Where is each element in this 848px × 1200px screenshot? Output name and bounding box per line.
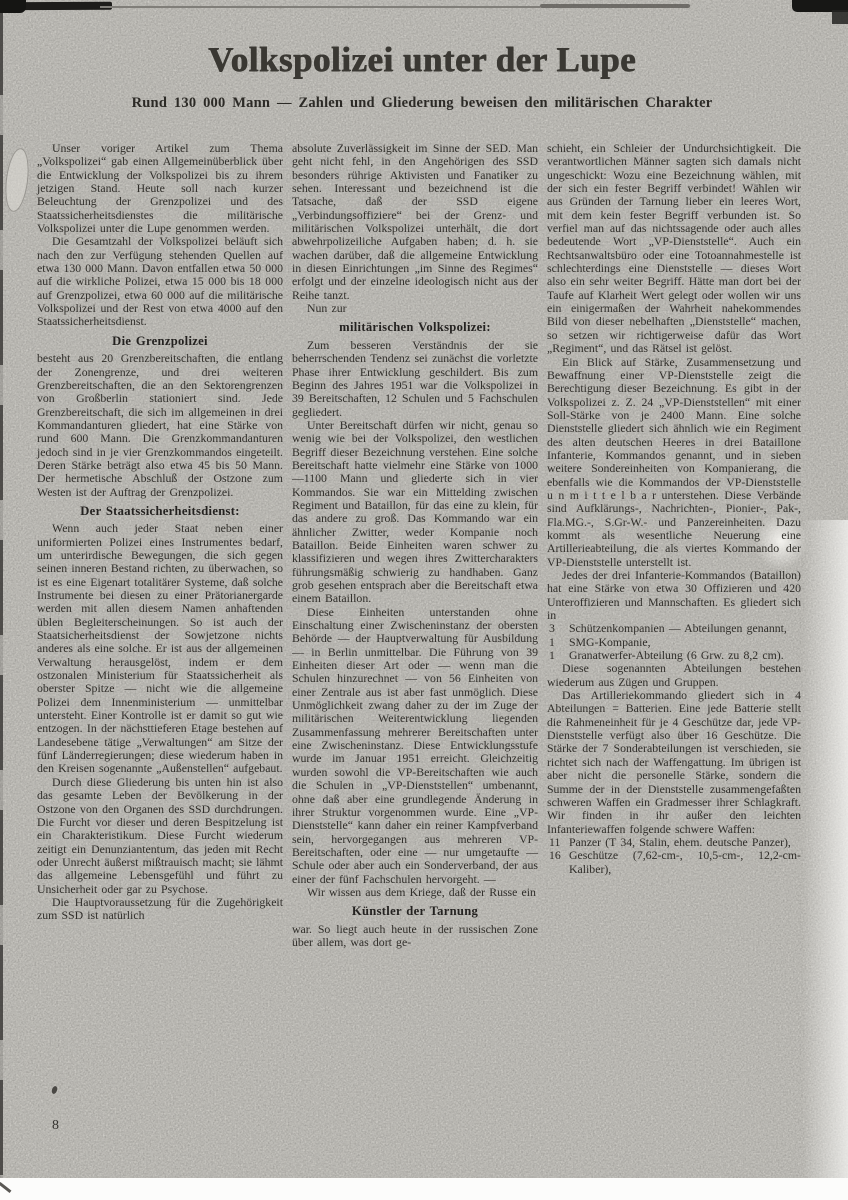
- section-heading: Die Grenzpolizei: [37, 335, 283, 348]
- paragraph: schieht, ein Schleier der Undurchsichtig…: [547, 142, 801, 356]
- list-item-number: 3: [549, 622, 555, 635]
- section-heading: Künstler der Tarnung: [292, 905, 538, 918]
- paragraph: besteht aus 20 Grenzbereitschaften, die …: [37, 352, 283, 499]
- list-item: 1SMG-Kompanie,: [547, 636, 801, 649]
- list-item-number: 16: [549, 849, 561, 862]
- page-number: 8: [52, 1118, 59, 1134]
- article-title: Volkspolizei unter der Lupe: [36, 40, 808, 80]
- list-item-number: 11: [549, 836, 560, 849]
- paragraph: Das Artilleriekommando gliedert sich in …: [547, 689, 801, 836]
- paragraph: absolute Zuverlässigkeit im Sinne der SE…: [292, 142, 538, 302]
- list-item-text: Granatwerfer-Abteilung (6 Grw. zu 8,2 cm…: [569, 648, 784, 662]
- section-heading: Der Staatssicherheitsdienst:: [37, 505, 283, 518]
- article-header: Volkspolizei unter der Lupe Rund 130 000…: [36, 40, 808, 112]
- list-item-text: Panzer (T 34, Stalin, ehem. deutsche Pan…: [569, 835, 791, 849]
- list-item-number: 1: [549, 649, 555, 662]
- scanned-paper: Volkspolizei unter der Lupe Rund 130 000…: [0, 0, 848, 1178]
- paragraph: Jedes der drei Infanterie-Kommandos (Bat…: [547, 569, 801, 622]
- scan-artifact-left-edge: [0, 0, 3, 1178]
- paragraph: Zum besseren Verständnis der sie beherrs…: [292, 339, 538, 419]
- paragraph: Durch diese Gliederung bis unten hin ist…: [37, 776, 283, 896]
- paragraph: Diese Einheiten unterstanden ohne Einsch…: [292, 606, 538, 886]
- list-item-text: Schützenkompanien — Abteilungen genannt,: [569, 621, 787, 635]
- scan-artifact-top-right-blob: [832, 10, 848, 24]
- scan-artifact-top-left-bar: [0, 2, 112, 11]
- paragraph: Wir wissen aus dem Kriege, daß der Russe…: [292, 886, 538, 899]
- article-subtitle: Rund 130 000 Mann — Zahlen und Gliederun…: [36, 95, 808, 112]
- scan-artifact-right-fade: [802, 520, 848, 1178]
- paragraph: Nun zur: [292, 302, 538, 315]
- scan-artifact-smudge: [2, 147, 32, 213]
- section-heading: militärischen Volkspolizei:: [292, 321, 538, 334]
- paragraph: Ein Blick auf Stärke, Zusammensetzung un…: [547, 356, 801, 570]
- paragraph: war. So liegt auch heute in der russisch…: [292, 923, 538, 950]
- text-column-3: schieht, ein Schleier der Undurchsichtig…: [547, 142, 801, 876]
- scan-artifact-speck: [51, 1085, 58, 1094]
- scan-artifact-top-left-corner: [0, 0, 26, 13]
- paragraph: Diese sogenannten Abteilungen bestehen w…: [547, 662, 801, 689]
- list-item: 1Granatwerfer-Abteilung (6 Grw. zu 8,2 c…: [547, 649, 801, 662]
- scan-artifact-top-middle: [540, 4, 690, 8]
- list-item: 11Panzer (T 34, Stalin, ehem. deutsche P…: [547, 836, 801, 849]
- list-item: 16Geschütze (7,62-cm-, 10,5-cm-, 12,2-cm…: [547, 849, 801, 876]
- list-item: 3Schützenkompanien — Abteilungen genannt…: [547, 622, 801, 635]
- paragraph: Wenn auch jeder Staat neben einer unifor…: [37, 522, 283, 776]
- text-column-1: Unser voriger Artikel zum Thema „Volkspo…: [37, 142, 283, 923]
- paragraph: Unser voriger Artikel zum Thema „Volkspo…: [37, 142, 283, 235]
- list-item-text: Geschütze (7,62-cm-, 10,5-cm-, 12,2-cm-K…: [569, 848, 801, 875]
- scan-artifact-bottom-left: [0, 1182, 11, 1193]
- paragraph: Die Hauptvoraussetzung für die Zugehörig…: [37, 896, 283, 923]
- scan-artifact-top-right-corner: [792, 0, 848, 12]
- scan-artifact-top-line: [100, 6, 540, 8]
- list-item-number: 1: [549, 636, 555, 649]
- list-item-text: SMG-Kompanie,: [569, 635, 651, 649]
- document-page: Volkspolizei unter der Lupe Rund 130 000…: [0, 0, 848, 1200]
- paragraph: Unter Bereitschaft dürfen wir nicht, gen…: [292, 419, 538, 606]
- text-column-2: absolute Zuverlässigkeit im Sinne der SE…: [292, 142, 538, 949]
- paragraph: Die Gesamtzahl der Volkspolizei beläuft …: [37, 235, 283, 328]
